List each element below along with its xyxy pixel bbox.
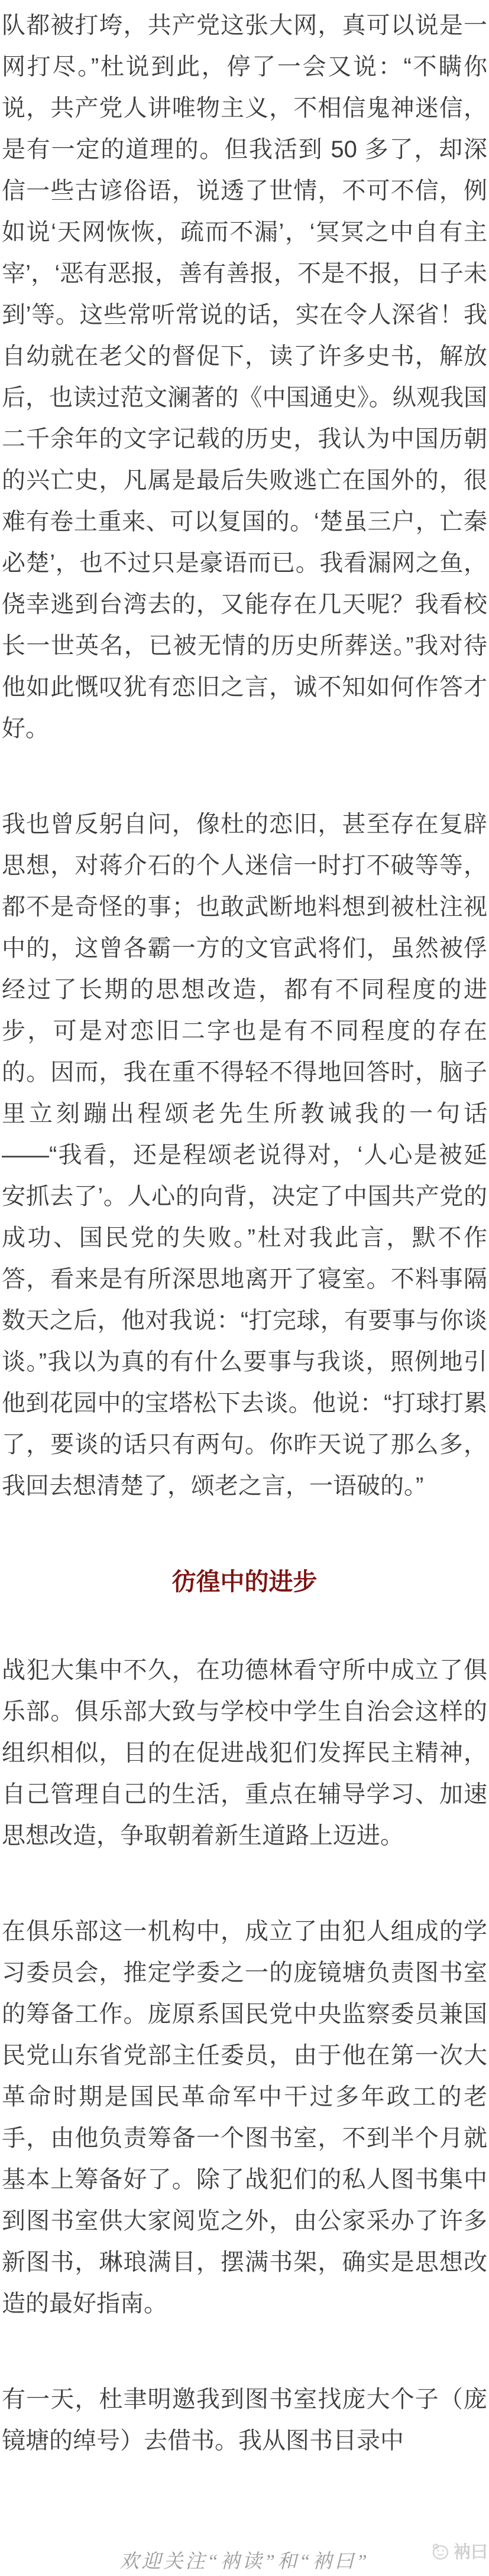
paragraph: 在俱乐部这一机构中，成立了由犯人组成的学习委员会，推定学委之一的庞镜塘负责图书室…: [2, 1911, 487, 2324]
paragraph: 队都被打垮，共产党这张大网，真可以说是一网打尽。”杜说到此，停了一会又说：“不瞒…: [2, 5, 487, 749]
paragraph: 我也曾反躬自问，像杜的恋旧，甚至存在复辟思想，对蒋介石的个人迷信一时打不破等等，…: [2, 804, 487, 1507]
section-heading: 彷徨中的进步: [2, 1561, 487, 1602]
publisher-logo-badge: 衲曰: [430, 2539, 488, 2563]
article-body: 队都被打垮，共产党这张大网，真可以说是一网打尽。”杜说到此，停了一会又说：“不瞒…: [0, 0, 489, 2461]
paragraph: 战犯大集中不久，在功德林看守所中成立了俱乐部。俱乐部大致与学校中学生自治会这样的…: [2, 1650, 487, 1856]
article-page: 队都被打垮，共产党这张大网，真可以说是一网打尽。”杜说到此，停了一会又说：“不瞒…: [0, 0, 489, 2576]
paragraph: 有一天，杜聿明邀我到图书室找庞大个子（庞镜塘的绰号）去借书。我从图书目录中: [2, 2379, 487, 2461]
publisher-logo-label: 衲曰: [454, 2539, 488, 2563]
publisher-logo-icon: [430, 2542, 451, 2560]
footer-watermark: 欢迎关注“衲读”和“衲曰”: [0, 2546, 489, 2574]
